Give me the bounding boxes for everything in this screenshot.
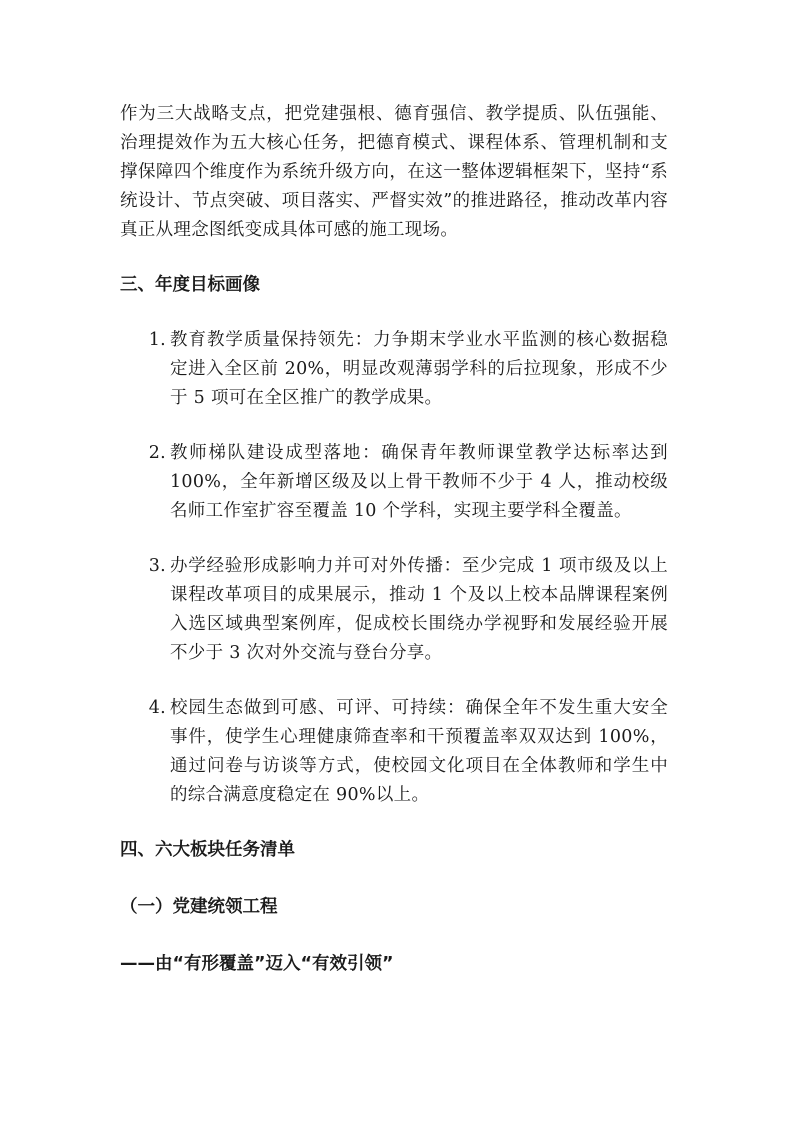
document-page: 作为三大战略支点，把党建强根、德育强信、教学提质、队伍强能、治理提效作为五大核心… [120,100,668,979]
goal-number: 1. [120,326,170,413]
goals-list: 1. 教育教学质量保持领先：力争期末学业水平监测的核心数据稳定进入全区前 20%… [120,326,668,810]
goal-item-2: 2. 教师梯队建设成型落地：确保青年教师课堂教学达标率达到 100%，全年新增区… [120,439,668,526]
subsection-tagline: ——由“有形覆盖”迈入“有效引领” [120,950,668,979]
section-heading-task-list: 四、六大板块任务清单 [120,836,668,865]
goal-item-1: 1. 教育教学质量保持领先：力争期末学业水平监测的核心数据稳定进入全区前 20%… [120,326,668,413]
subsection-heading-party-building: （一）党建统领工程 [120,893,668,922]
goal-text: 办学经验形成影响力并可对外传播：至少完成 1 项市级及以上课程改革项目的成果展示… [170,552,668,668]
intro-paragraph: 作为三大战略支点，把党建强根、德育强信、教学提质、队伍强能、治理提效作为五大核心… [120,100,668,245]
goal-item-4: 4. 校园生态做到可感、可评、可持续：确保全年不发生重大安全事件，使学生心理健康… [120,694,668,810]
goal-number: 2. [120,439,170,526]
section-heading-annual-goals: 三、年度目标画像 [120,271,668,300]
goal-text: 教育教学质量保持领先：力争期末学业水平监测的核心数据稳定进入全区前 20%，明显… [170,326,668,413]
goal-number: 3. [120,552,170,668]
goal-item-3: 3. 办学经验形成影响力并可对外传播：至少完成 1 项市级及以上课程改革项目的成… [120,552,668,668]
goal-text: 教师梯队建设成型落地：确保青年教师课堂教学达标率达到 100%，全年新增区级及以… [170,439,668,526]
goal-number: 4. [120,694,170,810]
goal-text: 校园生态做到可感、可评、可持续：确保全年不发生重大安全事件，使学生心理健康筛查率… [170,694,668,810]
